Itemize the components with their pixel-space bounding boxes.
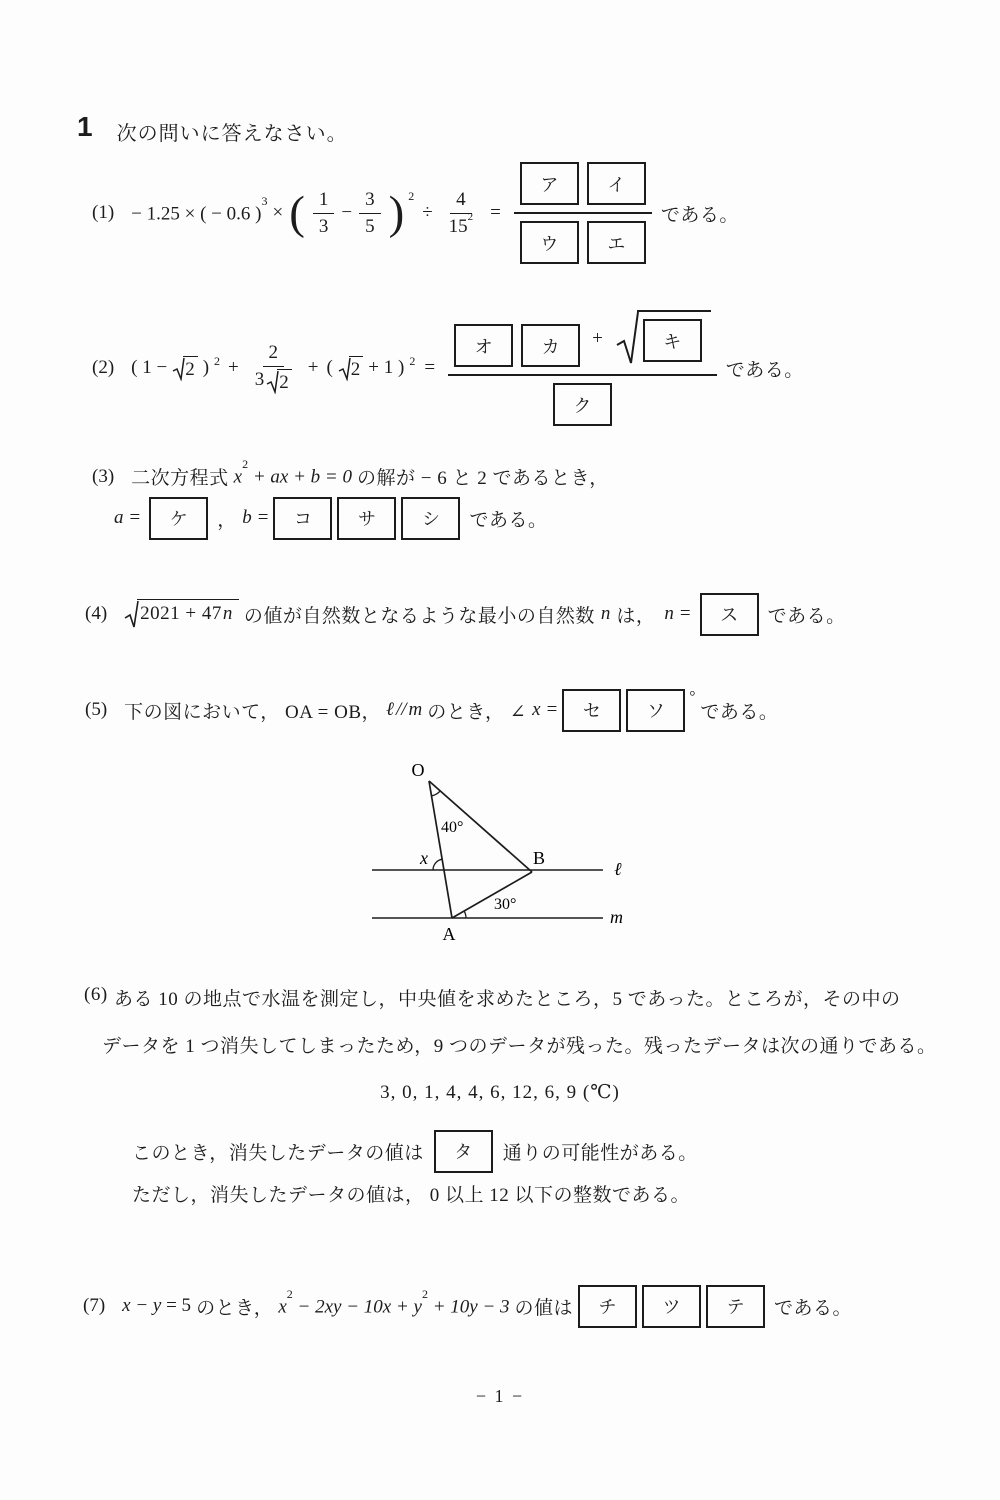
- point-label-B: B: [533, 848, 545, 868]
- geometry-figure: O A B ℓ m 40° x 30°: [352, 752, 652, 952]
- q4-var-n-2: n: [664, 603, 674, 625]
- q5-equals-sign: =: [547, 699, 558, 721]
- q1-exponent-2: 2: [408, 189, 414, 204]
- fraction-4-over-15sq: 4 152: [443, 189, 480, 238]
- q1-minus-sign: −: [341, 202, 352, 224]
- q6-line3-pre: このとき，消失したデータの値は: [132, 1138, 424, 1165]
- q2-term1-exponent: 2: [214, 354, 220, 369]
- answer-box-so: ソ: [626, 689, 685, 732]
- q1-answer-fraction: ア イ ウ エ: [514, 162, 652, 264]
- question-5: (5) 下の図において， OA = OB， ℓ//m のとき， ∠ x = セ …: [85, 689, 778, 731]
- angle-label-40: 40°: [441, 819, 463, 836]
- question-3-line2: a = ケ ， b = コ サ シ である。: [113, 498, 547, 538]
- q7-condition: x − y = 5: [122, 1295, 191, 1317]
- answer-box-i: イ: [587, 162, 646, 205]
- q5-suffix: である。: [700, 697, 778, 724]
- sqrt-answer-box: キ: [615, 310, 711, 367]
- answer-box-te: テ: [706, 1285, 765, 1328]
- question-3-line1: (3) 二次方程式 x2 + ax + b = 0 の解が − 6 と 2 であ…: [92, 463, 609, 490]
- q1-equals-sign: =: [490, 202, 501, 224]
- question-2: (2) ( 1 − 2 ) 2 + 2 3 2 + ( 2 + 1 ) 2 =: [92, 322, 804, 414]
- answer-box-ki: キ: [643, 319, 702, 362]
- q4-suffix: である。: [768, 601, 846, 628]
- angle-arc-O: [432, 791, 441, 796]
- q4-equals-sign: =: [680, 603, 691, 625]
- answer-box-ko: コ: [273, 497, 332, 540]
- q1-lead-expression: − 1.25 × ( − 0.6 )3: [131, 201, 267, 225]
- q2-equals-sign: =: [424, 357, 435, 379]
- section-number: 1: [77, 113, 93, 146]
- q7-cond-text: のとき，: [196, 1293, 273, 1320]
- q6-line3: このとき，消失したデータの値は タ 通りの可能性がある。: [132, 1131, 698, 1171]
- point-label-O: O: [412, 760, 425, 780]
- q1-den-exponent: 2: [468, 211, 474, 223]
- answer-box-ka: カ: [521, 324, 580, 367]
- q6-line4: ただし，消失したデータの値は， 0 以上 12 以下の整数である。: [132, 1180, 690, 1207]
- q1-divide-sign: ÷: [422, 202, 432, 224]
- angle-label-x: x: [419, 848, 428, 868]
- q2-term1-close: ): [203, 357, 209, 379]
- angle-label-30: 30°: [494, 896, 516, 913]
- q3-comma: ，: [217, 505, 236, 532]
- segment-OA: [429, 781, 452, 918]
- answer-box-ke: ケ: [149, 497, 208, 540]
- question-4-label: (4): [85, 603, 107, 625]
- q4-sqrt-var-n: n: [223, 603, 233, 624]
- q4-text2: は，: [616, 601, 655, 628]
- sqrt-2-first: 2: [172, 356, 198, 381]
- line-label-m: m: [610, 907, 623, 927]
- sqrt-2021-47n: 2021 + 47n: [124, 599, 239, 630]
- question-7-label: (7): [83, 1295, 105, 1317]
- answer-box-chi: チ: [578, 1285, 637, 1328]
- parallel-sign: //: [396, 699, 407, 720]
- question-1: (1) − 1.25 × ( − 0.6 )3 × ( 1 3 − 3 5 ) …: [92, 168, 739, 258]
- q5-var-x: x: [532, 699, 540, 721]
- question-2-label: (2): [92, 357, 114, 379]
- q5-parallel-statement: ℓ//m: [386, 699, 422, 721]
- fraction-2-over-3sqrt2: 2 3 2: [249, 342, 298, 394]
- q6-line2: データを 1 つ消失してしまったため，9 つのデータが残った。残ったデータは次の…: [102, 1031, 937, 1058]
- answer-box-u: ウ: [520, 221, 579, 264]
- q5-text1: 下の図において， OA = OB，: [124, 697, 381, 724]
- answer-box-e: エ: [587, 221, 646, 264]
- sqrt-2-third: 2: [338, 356, 364, 381]
- q2-suffix: である。: [726, 355, 804, 382]
- q6-data-values: 3, 0, 1, 4, 4, 6, 12, 6, 9 (℃): [0, 1081, 1000, 1104]
- q3-text2: の解が − 6 と 2 であるとき，: [357, 463, 609, 490]
- question-4: (4) 2021 + 47n の値が自然数となるような最小の自然数 n は， n…: [85, 592, 846, 636]
- q2-term3-open: (: [326, 357, 332, 379]
- question-5-label: (5): [85, 699, 107, 721]
- q3-equals-2: =: [258, 507, 269, 529]
- line-label-l: ℓ: [614, 859, 622, 879]
- q3-equation: x2 + ax + b = 0: [234, 464, 352, 488]
- answer-box-sa: サ: [337, 497, 396, 540]
- angle-arc-A: [464, 911, 466, 918]
- sqrt-2-denominator: 2: [266, 369, 292, 394]
- q3-var-a: a: [114, 507, 124, 529]
- q7-suffix: である。: [774, 1293, 852, 1320]
- q2-plus-1: +: [228, 357, 239, 379]
- q2-plus-2: +: [308, 357, 319, 379]
- exam-page: 1 次の問いに答えなさい。 (1) − 1.25 × ( − 0.6 )3 × …: [0, 0, 1000, 1500]
- q2-term3-exponent: 2: [409, 354, 415, 369]
- fraction-three-fifths: 3 5: [359, 189, 381, 238]
- question-6-label: (6): [84, 984, 108, 1006]
- q5-text2: のとき， ∠: [427, 697, 526, 724]
- q3-equals-1: =: [130, 507, 141, 529]
- q1-suffix: である。: [661, 200, 739, 227]
- q4-var-n: n: [601, 603, 611, 625]
- q1-times-sign: ×: [272, 202, 283, 224]
- q2-answer-plus: +: [592, 328, 603, 350]
- answer-box-shi: シ: [401, 497, 460, 540]
- q2-term1-open: ( 1 −: [131, 357, 167, 379]
- answer-box-se: セ: [562, 689, 621, 732]
- q7-expression: x2 − 2xy − 10x + y2 + 10y − 3: [278, 1294, 509, 1318]
- q3-suffix: である。: [469, 505, 547, 532]
- q6-line1: ある 10 の地点で水温を測定し，中央値を求めたところ，5 であった。ところが，…: [114, 984, 901, 1011]
- answer-box-tsu: ツ: [642, 1285, 701, 1328]
- q3-text1: 二次方程式: [131, 463, 229, 490]
- answer-box-ku: ク: [553, 383, 612, 426]
- question-7: (7) x − y = 5 のとき， x2 − 2xy − 10x + y2 +…: [83, 1285, 852, 1327]
- q2-term3-close: + 1 ): [368, 357, 404, 379]
- q1-exponent-3: 3: [261, 194, 267, 209]
- degree-sign: °: [689, 689, 695, 706]
- section-title: 次の問いに答えなさい。: [117, 113, 348, 146]
- question-3-label: (3): [92, 466, 114, 488]
- section-header: 1 次の問いに答えなさい。: [77, 113, 348, 146]
- page-number: − 1 −: [0, 1386, 1000, 1407]
- q4-text1: の値が自然数となるような最小の自然数: [244, 601, 595, 628]
- q3-var-b: b: [242, 507, 252, 529]
- question-1-label: (1): [92, 202, 114, 224]
- point-label-A: A: [443, 924, 456, 944]
- fraction-one-third: 1 3: [313, 189, 335, 238]
- answer-box-o: オ: [454, 324, 513, 367]
- answer-box-ta: タ: [434, 1130, 493, 1173]
- answer-box-a: ア: [520, 162, 579, 205]
- q2-answer-fraction: オ カ + キ ク: [448, 310, 717, 426]
- angle-arc-x: [433, 859, 442, 870]
- q6-line3-post: 通りの可能性がある。: [503, 1138, 698, 1165]
- answer-box-su: ス: [700, 593, 759, 636]
- q7-text-mid: の値は: [515, 1293, 574, 1320]
